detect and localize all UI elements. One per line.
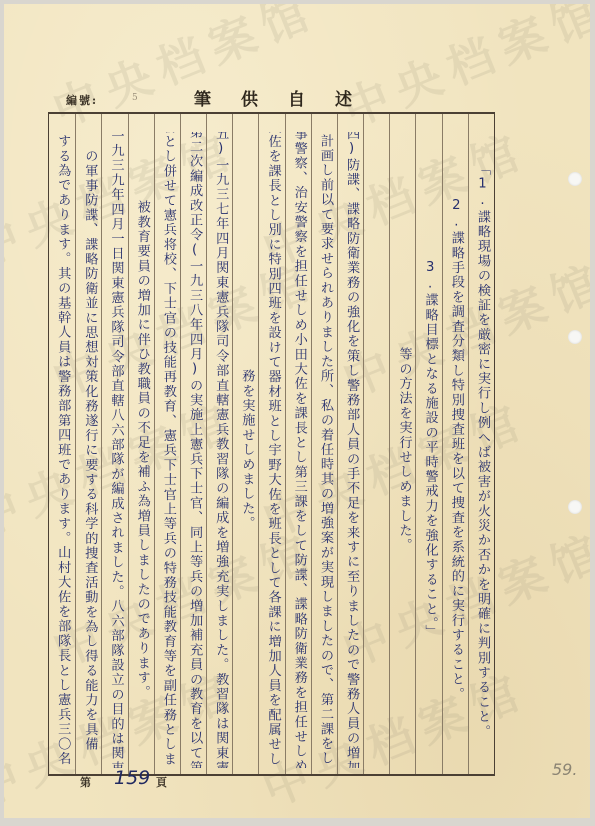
document-page: 中央档案馆中央档案馆中央档案馆中央档案馆中央档案馆中央档案馆中央档案馆中央档案馆… xyxy=(4,4,590,818)
handwritten-line: 任務とし併せて憲兵将校、下士官の技能再教育、憲兵下士官上等兵の特務技能教育等を副… xyxy=(155,132,181,768)
handwritten-line: 3.諜略目標となる施設の平時警戒力を強化すること。」 xyxy=(416,132,442,768)
text-column: 務を実施せしめました。 xyxy=(232,114,259,774)
handwritten-line: 被教育要員の増加に伴ひ教職員の不足を補ふ為増員しましたのであります。 xyxy=(129,132,155,768)
text-column xyxy=(363,114,390,774)
margin-annotation: 59. xyxy=(552,760,577,779)
text-column: 2.諜略手段を調査分類し特別捜査班を以て捜査を系統的に実行すること。 xyxy=(442,114,469,774)
text-column: (五)一九三七年四月関東憲兵隊司令部直轄憲兵教習隊の編成を増強充実しました。教習… xyxy=(206,114,233,774)
text-column: を計画し前以て要求せられありました所、私の着任時其の増強案が実現しましたので、第… xyxy=(311,114,338,774)
handwritten-line: する為であります。其の基幹人員は警務部第四班であります。山村大佐を部隊長とし憲兵… xyxy=(49,132,75,768)
handwritten-line: 等の方法を実行せしめました。 xyxy=(390,132,416,768)
text-column: の軍事防諜、諜略防衛並に思想対策化務遂行に要する科学的捜査活動を為し得る能力を具… xyxy=(75,114,102,774)
handwritten-line: の軍事防諜、諜略防衛並に思想対策化務遂行に要する科学的捜査活動を為し得る能力を具… xyxy=(76,132,102,768)
text-column: (六)一九三九年四月一日関東憲兵隊司令部直轄八六部隊が編成されました。八六部隊設… xyxy=(101,114,128,774)
page-suffix: 頁 xyxy=(156,774,167,790)
text-column: 村大佐を課長とし別に特別四班を設けて器材班とし宇野大佐を班長として各課に増加人員… xyxy=(258,114,285,774)
serial-number-label: 編號: xyxy=(66,92,98,108)
text-column: 軍事警察、治安警察を担任せしめ小田大佐を課長とし第三課をして防諜、諜略防衛業務を… xyxy=(285,114,312,774)
header-mark: 5 xyxy=(132,93,138,103)
ruled-writing-frame: 「1.諜略現場の検証を厳密に実行し例へば被害が火災か否かを明確に判別すること。2… xyxy=(48,112,495,776)
text-column: (四)防諜、諜略防衛業務の強化を策し警務部人員の手不足を来すに至りましたので警務… xyxy=(337,114,364,774)
handwritten-line: (五)一九三七年四月関東憲兵隊司令部直轄憲兵教習隊の編成を増強充実しました。教習… xyxy=(207,132,233,768)
text-column: 等の方法を実行せしめました。 xyxy=(389,114,416,774)
handwritten-line: 務を実施せしめました。 xyxy=(233,132,259,768)
handwritten-line: 「1.諜略現場の検証を厳密に実行し例へば被害が火災か否かを明確に判別すること。 xyxy=(469,132,495,768)
text-column: 任務とし併せて憲兵将校、下士官の技能再教育、憲兵下士官上等兵の特務技能教育等を副… xyxy=(154,114,181,774)
page-title: 筆供自述 xyxy=(194,85,382,110)
page-number: 159 xyxy=(114,767,150,789)
binding-hole xyxy=(568,500,582,514)
handwritten-line: (四)防諜、諜略防衛業務の強化を策し警務部人員の手不足を来すに至りましたので警務… xyxy=(338,132,364,768)
handwritten-line: (六)一九三九年四月一日関東憲兵隊司令部直轄八六部隊が編成されました。八六部隊設… xyxy=(102,132,128,768)
text-column: 3.諜略目標となる施設の平時警戒力を強化すること。」 xyxy=(415,114,442,774)
binding-hole xyxy=(568,330,582,344)
handwritten-line: 軍事警察、治安警察を担任せしめ小田大佐を課長とし第三課をして防諜、諜略防衛業務を… xyxy=(286,132,312,768)
handwritten-line: 村大佐を課長とし別に特別四班を設けて器材班とし宇野大佐を班長として各課に増加人員… xyxy=(259,132,285,768)
handwritten-line: 隊第二次編成改正令(一九三八年四月)の実施上憲兵下士官、同上等兵の増加補充員の教… xyxy=(181,132,207,768)
text-column: 隊第二次編成改正令(一九三八年四月)の実施上憲兵下士官、同上等兵の増加補充員の教… xyxy=(180,114,207,774)
handwritten-line: を計画し前以て要求せられありました所、私の着任時其の増強案が実現しましたので、第… xyxy=(312,132,338,768)
binding-hole xyxy=(568,172,582,186)
page-prefix: 第 xyxy=(80,774,91,790)
handwritten-line: 2.諜略手段を調査分類し特別捜査班を以て捜査を系統的に実行すること。 xyxy=(443,132,469,768)
text-column: 「1.諜略現場の検証を厳密に実行し例へば被害が火災か否かを明確に判別すること。 xyxy=(468,114,495,774)
text-column: 被教育要員の増加に伴ひ教職員の不足を補ふ為増員しましたのであります。 xyxy=(128,114,155,774)
handwritten-line xyxy=(364,132,390,768)
text-column: する為であります。其の基幹人員は警務部第四班であります。山村大佐を部隊長とし憲兵… xyxy=(49,114,75,774)
